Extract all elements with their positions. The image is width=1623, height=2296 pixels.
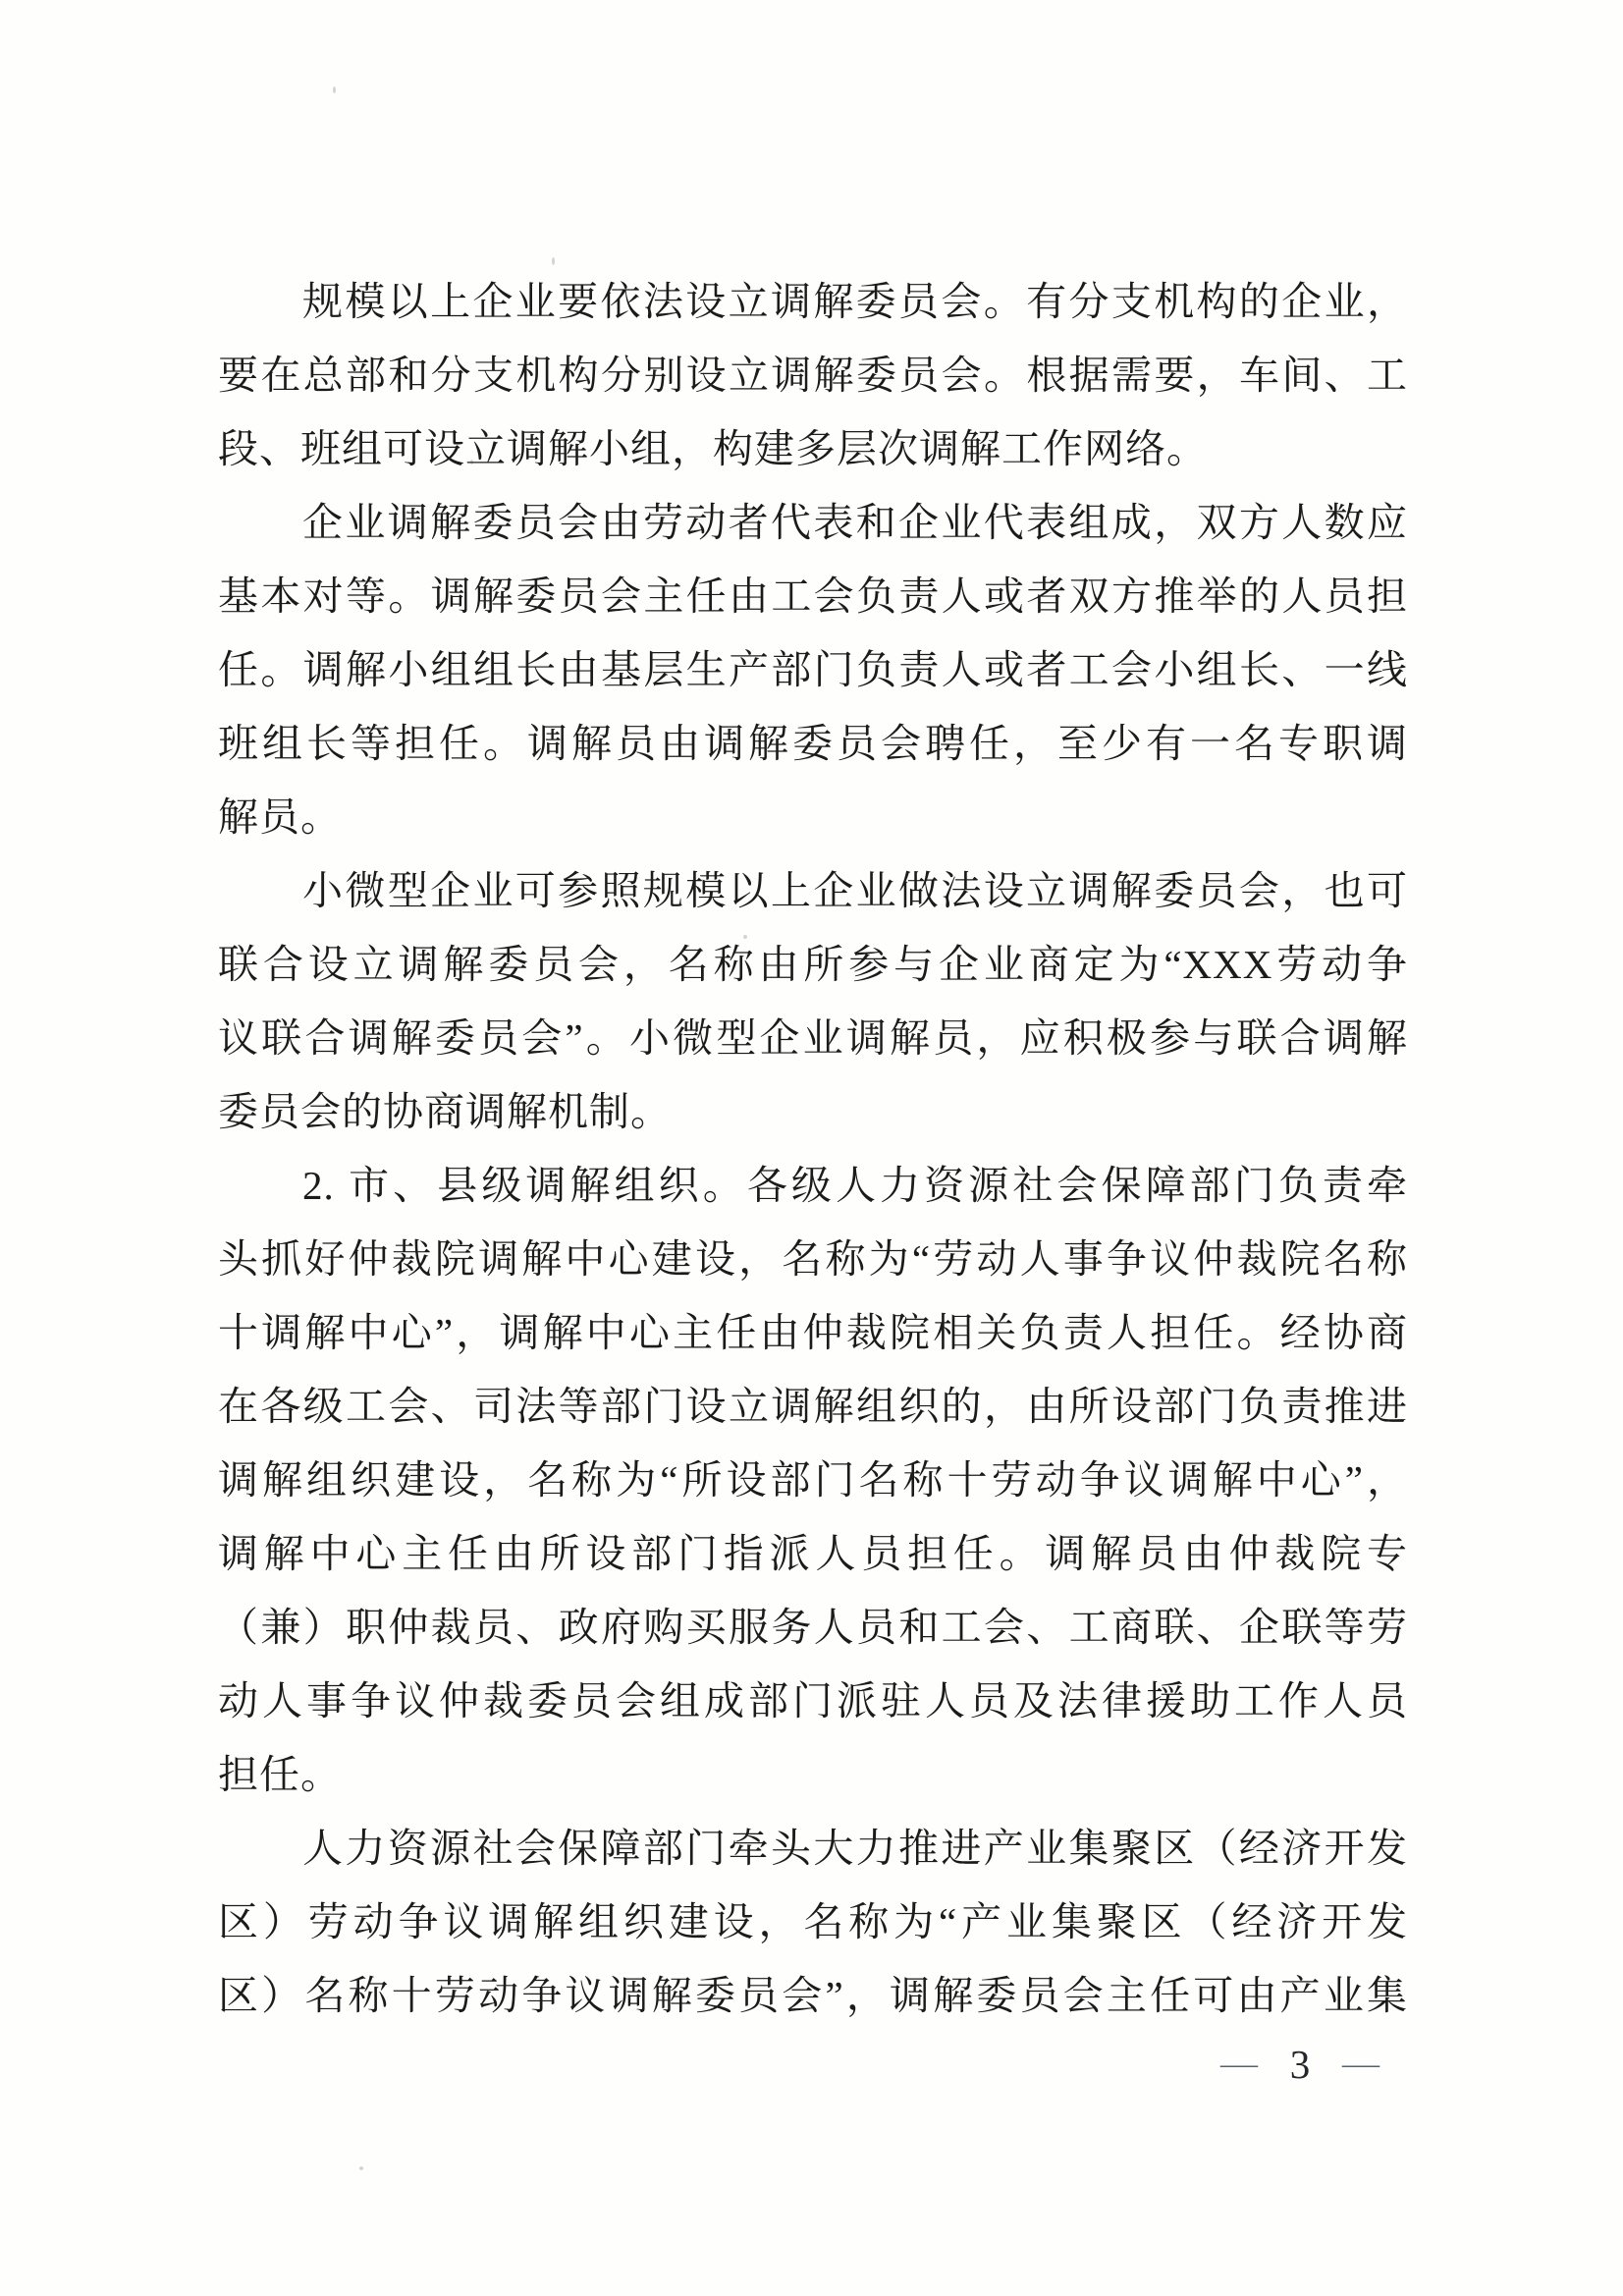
document-line: 区）劳动争议调解组织建设，名称为“产业集聚区（经济开发	[218, 1886, 1408, 1959]
document-line: 企业调解委员会由劳动者代表和企业代表组成，双方人数应	[218, 486, 1408, 560]
document-line: 调解组织建设，名称为“所设部门名称十劳动争议调解中心”，	[218, 1444, 1408, 1517]
document-line: （兼）职仲裁员、政府购买服务人员和工会、工商联、企联等劳	[218, 1591, 1408, 1665]
footer-dash-left: —	[1220, 2047, 1258, 2081]
scan-speck	[359, 2166, 363, 2170]
document-line: 人力资源社会保障部门牵头大力推进产业集聚区（经济开发	[218, 1812, 1408, 1886]
document-line: 基本对等。调解委员会主任由工会负责人或者双方推举的人员担	[218, 560, 1408, 633]
scan-speck	[333, 86, 336, 93]
document-line: 班组长等担任。调解员由调解委员会聘任，至少有一名专职调	[218, 707, 1408, 781]
footer-page-number: 3	[1290, 2041, 1311, 2088]
document-line: 担任。	[218, 1738, 1408, 1812]
document-line: 小微型企业可参照规模以上企业做法设立调解委员会，也可	[218, 854, 1408, 928]
page-footer: — 3 —	[1220, 2035, 1380, 2094]
document-line: 调解中心主任由所设部门指派人员担任。调解员由仲裁院专	[218, 1517, 1408, 1591]
document-line: 规模以上企业要依法设立调解委员会。有分支机构的企业，	[218, 265, 1408, 339]
document-line: 头抓好仲裁院调解中心建设，名称为“劳动人事争议仲裁院名称	[218, 1223, 1408, 1296]
document-line: 委员会的协商调解机制。	[218, 1075, 1408, 1149]
document-page: 规模以上企业要依法设立调解委员会。有分支机构的企业，要在总部和分支机构分别设立调…	[0, 0, 1623, 2296]
footer-dash-right: —	[1342, 2047, 1380, 2081]
document-line: 区）名称十劳动争议调解委员会”，调解委员会主任可由产业集	[218, 1959, 1408, 2033]
document-line: 十调解中心”，调解中心主任由仲裁院相关负责人担任。经协商	[218, 1296, 1408, 1370]
document-line: 任。调解小组组长由基层生产部门负责人或者工会小组长、一线	[218, 633, 1408, 707]
document-line: 议联合调解委员会”。小微型企业调解员，应积极参与联合调解	[218, 1002, 1408, 1075]
document-line: 联合设立调解委员会，名称由所参与企业商定为“XXX劳动争	[218, 928, 1408, 1002]
document-line: 要在总部和分支机构分别设立调解委员会。根据需要，车间、工	[218, 339, 1408, 412]
document-line: 解员。	[218, 781, 1408, 854]
document-line: 在各级工会、司法等部门设立调解组织的，由所设部门负责推进	[218, 1370, 1408, 1444]
document-line: 动人事争议仲裁委员会组成部门派驻人员及法律援助工作人员	[218, 1665, 1408, 1738]
document-line: 段、班组可设立调解小组，构建多层次调解工作网络。	[218, 412, 1408, 486]
document-body: 规模以上企业要依法设立调解委员会。有分支机构的企业，要在总部和分支机构分别设立调…	[218, 265, 1408, 2033]
scan-speck	[552, 257, 555, 265]
document-line: 2. 市、县级调解组织。各级人力资源社会保障部门负责牵	[218, 1149, 1408, 1223]
